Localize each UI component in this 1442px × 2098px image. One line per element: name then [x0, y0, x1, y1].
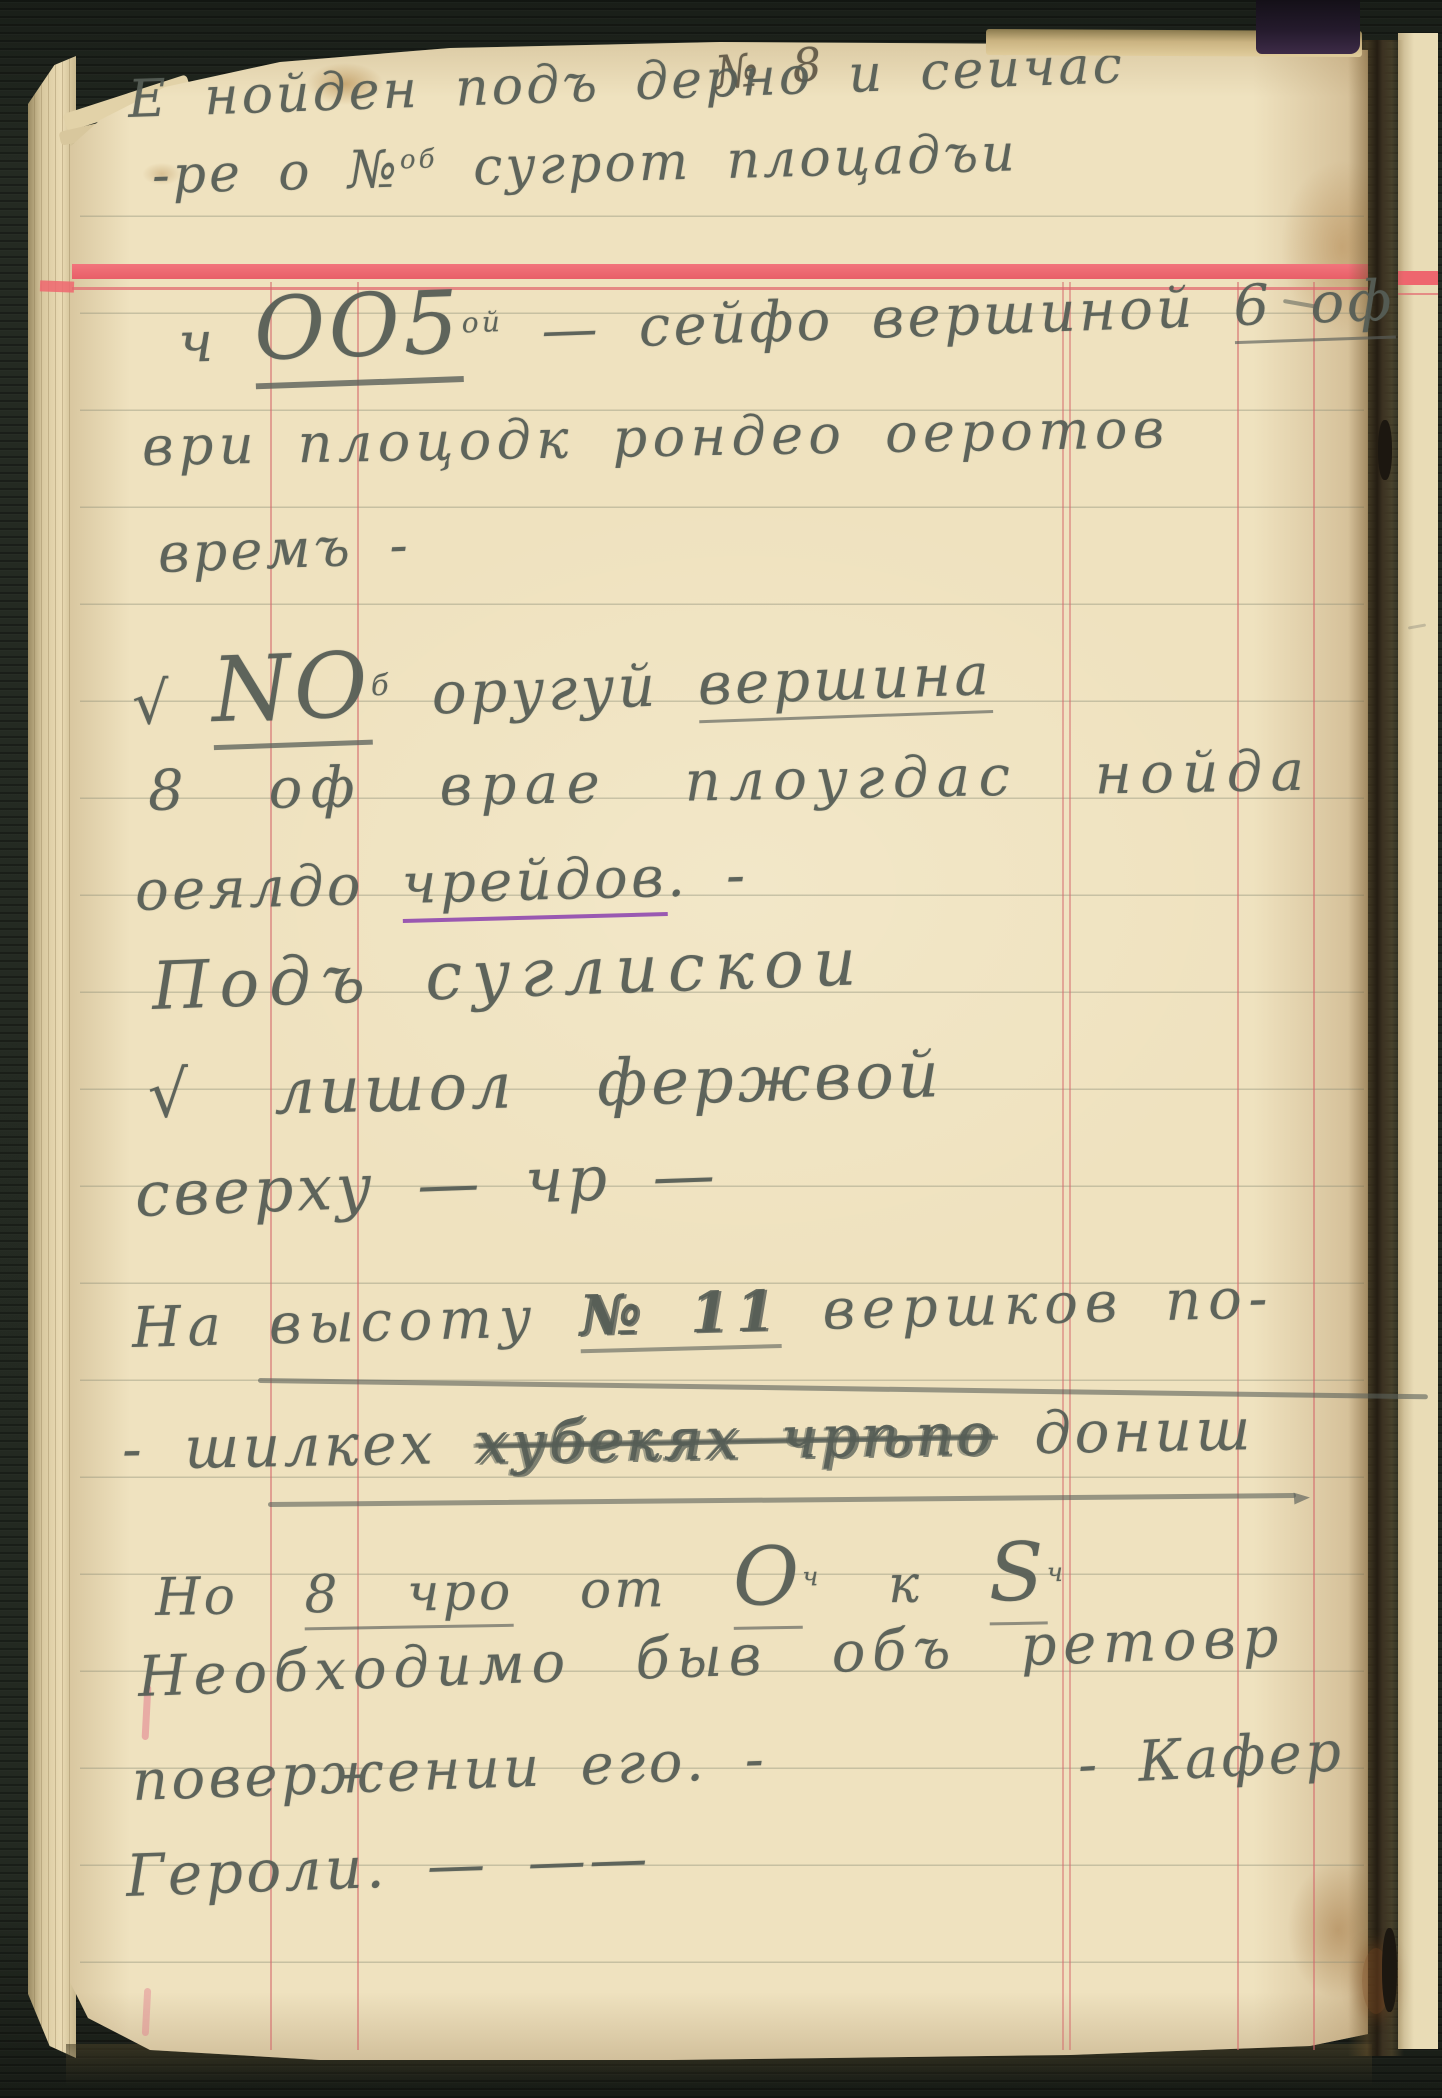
line13-scribbled-words: хубекях чрѣпо	[475, 1400, 996, 1477]
line6-text: оругуй	[391, 650, 699, 729]
line3-superscript: ой	[461, 305, 504, 339]
notebook-cover-corner	[1256, 0, 1360, 54]
line8-text: . -	[666, 843, 749, 910]
handwritten-line-5: времъ -	[157, 518, 412, 581]
line14-compass-S: S	[988, 1525, 1048, 1625]
line8-purple-underlined-word: чрейдов	[401, 845, 668, 923]
handwritten-line-10: √ лишол фержвой	[147, 1043, 943, 1128]
next-page-sliver	[1398, 33, 1438, 2049]
handwritten-line-11: сверху — чр —	[134, 1144, 719, 1226]
line14-underlined-8: 8 чро	[304, 1562, 514, 1631]
handwritten-line-16-right: - Кафер	[1077, 1724, 1346, 1794]
line3-big-number: ОО5	[252, 272, 463, 389]
line2-superscript: об	[400, 144, 439, 175]
handwritten-line-8: оеялдо чрейдов. -	[134, 848, 749, 920]
red-header-band-edge	[40, 280, 74, 292]
line6-superscript: б	[370, 668, 392, 703]
line14-compass-O: О	[732, 1530, 803, 1630]
red-header-thin-line-sliver	[1398, 293, 1438, 295]
line3-lead: ч	[177, 308, 255, 376]
line2-text: -ре о №	[151, 140, 401, 206]
crease-dark-blotch	[1382, 1928, 1397, 2012]
line14-text: к	[821, 1553, 989, 1616]
line8-text: оеялдо	[134, 852, 403, 924]
red-header-band-sliver	[1398, 271, 1438, 285]
red-vertical-rule	[1069, 282, 1071, 2050]
page-edge-stack	[28, 56, 76, 2058]
line14-superscript: ч	[802, 1562, 822, 1592]
line6-underlined-word: вершина	[697, 640, 994, 723]
line6-checkmark: √	[131, 667, 213, 738]
line14-text: Но	[155, 1565, 305, 1628]
line13-text: - шилкех	[121, 1409, 476, 1483]
crease-dark-blotch	[1378, 420, 1392, 480]
line12-text: На высоту	[131, 1284, 580, 1361]
line14-superscript: ч	[1047, 1558, 1067, 1588]
scanned-notebook-page: № 8 Е нойден подъ дерно и сейчас -ре о №…	[0, 0, 1442, 2098]
red-vertical-rule	[1062, 282, 1064, 2050]
strike-arrowhead	[1294, 1491, 1311, 1504]
handwritten-line-14: Но 8 чро от Оч к Sч	[154, 1532, 1067, 1628]
handwritten-line-17: Героли. — ——	[125, 1829, 652, 1905]
line14-text: от	[513, 1558, 734, 1622]
line13-text: дониш	[994, 1395, 1254, 1468]
line12-text: вершков по-	[780, 1266, 1274, 1344]
line12-number-11: № 11	[578, 1278, 782, 1353]
line6-compass-NO: NO	[210, 634, 373, 750]
binding-crease	[1348, 40, 1404, 2056]
